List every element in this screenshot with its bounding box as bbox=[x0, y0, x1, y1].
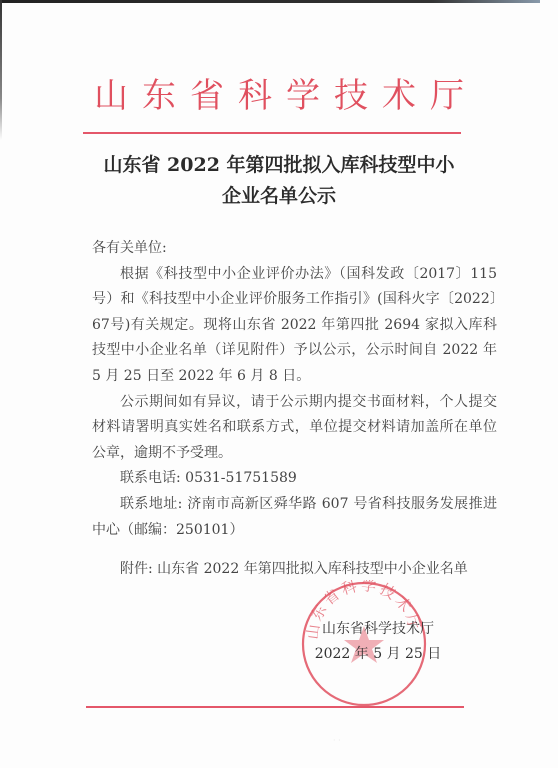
document-title-line-2: 企业名单公示 bbox=[0, 181, 558, 212]
contact-address: 联系地址: 济南市高新区舜华路 607 号省科技服务发展推进中心（邮编：2501… bbox=[92, 492, 497, 543]
document-body: 各有关单位: 根据《科技型中小企业评价办法》（国科发政〔2017〕115号）和《… bbox=[92, 236, 497, 583]
signature-org: 山东省科学技术厅 bbox=[313, 617, 443, 642]
document-title: 山东省 2022 年第四批拟入库科技型中小 企业名单公示 bbox=[0, 150, 558, 212]
salutation: 各有关单位: bbox=[92, 236, 497, 262]
attachment-text: 山东省 2022 年第四批拟入库科技型中小企业名单 bbox=[157, 561, 468, 577]
contact-phone: 联系电话: 0531-51751589 bbox=[92, 466, 497, 492]
masthead-divider bbox=[83, 132, 461, 134]
page-mark: · · bbox=[333, 736, 341, 745]
contact-phone-value: 0531-51751589 bbox=[185, 470, 297, 486]
attachment-label: 附件: bbox=[120, 561, 153, 577]
signature-block: 山东省科学技术厅 2022 年 5 月 25 日 bbox=[313, 617, 443, 667]
signature-date: 2022 年 5 月 25 日 bbox=[313, 642, 443, 667]
attachment-line: 附件: 山东省 2022 年第四批拟入库科技型中小企业名单 bbox=[92, 557, 497, 583]
document-title-line-1: 山东省 2022 年第四批拟入库科技型中小 bbox=[0, 150, 558, 181]
paragraph-basis: 根据《科技型中小企业评价办法》（国科发政〔2017〕115号）和《科技型中小企业… bbox=[92, 262, 497, 390]
masthead-title: 山东省科学技术厅 bbox=[0, 68, 558, 117]
contact-address-label: 联系地址: bbox=[120, 496, 182, 512]
footer-divider bbox=[86, 706, 464, 708]
scan-top-edge bbox=[0, 0, 540, 3]
contact-phone-label: 联系电话: bbox=[120, 470, 181, 486]
paragraph-objection: 公示期间如有异议，请于公示期内提交书面材料，个人提交材料请署明真实姓名和联系方式… bbox=[92, 390, 497, 467]
